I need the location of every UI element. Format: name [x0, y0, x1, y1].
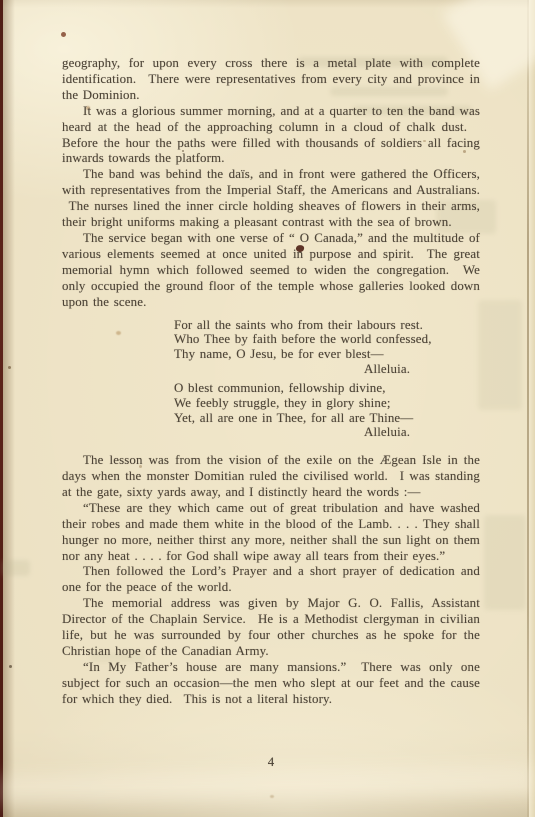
paragraph-continuation-graves: geography, for upon every cross there is… [62, 56, 480, 104]
book-page-scan: geography, for upon every cross there is… [0, 0, 535, 817]
hymn-line: Who Thee by faith before the world confe… [174, 332, 480, 347]
text-block: geography, for upon every cross there is… [62, 56, 480, 708]
paragraph-lords-prayer: Then followed the Lord’s Prayer and a sh… [62, 564, 480, 596]
page-edge-sliver [529, 0, 535, 817]
hymn-line: Thy name, O Jesu, be for ever blest— [174, 347, 480, 362]
page-edge-crease [527, 0, 529, 817]
hymn-line: Yet, all are one in Thee, for all are Th… [174, 411, 480, 426]
hymn-refrain: Alleluia. [174, 362, 480, 377]
show-through-smudge [484, 515, 526, 610]
foxing-spot [9, 665, 12, 668]
paragraph-fathers-house: “In My Father’s house are many mansions.… [62, 660, 480, 708]
bottom-sheen [0, 764, 535, 806]
paragraph-service-began: The service began with one verse of “ O … [62, 231, 480, 311]
paragraph-lesson-aegean: The lesson was from the vision of the ex… [62, 453, 480, 501]
foxing-spot [61, 32, 66, 37]
binding-shadow [3, 0, 15, 817]
paragraph-band-and-officers: The band was behind the daïs, and in fro… [62, 167, 480, 231]
hymn-line: We feebly struggle, they in glory shine; [174, 396, 480, 411]
paragraph-tribulation-quote: “These are they which came out of great … [62, 501, 480, 565]
hymn-line: O blest communion, fellowship divine, [174, 381, 480, 396]
hymn-block: For all the saints who from their labour… [174, 318, 480, 441]
paragraph-memorial-address: The memorial address was given by Major … [62, 596, 480, 660]
foxing-spot [270, 795, 274, 798]
show-through-smudge [478, 300, 522, 410]
page-number: 4 [62, 755, 480, 770]
paragraph-summer-morning: It was a glorious summer morning, and at… [62, 104, 480, 168]
hymn-line: For all the saints who from their labour… [174, 318, 480, 333]
hymn-refrain: Alleluia. [174, 425, 480, 440]
foxing-spot [8, 366, 11, 369]
show-through-smudge [2, 560, 30, 576]
